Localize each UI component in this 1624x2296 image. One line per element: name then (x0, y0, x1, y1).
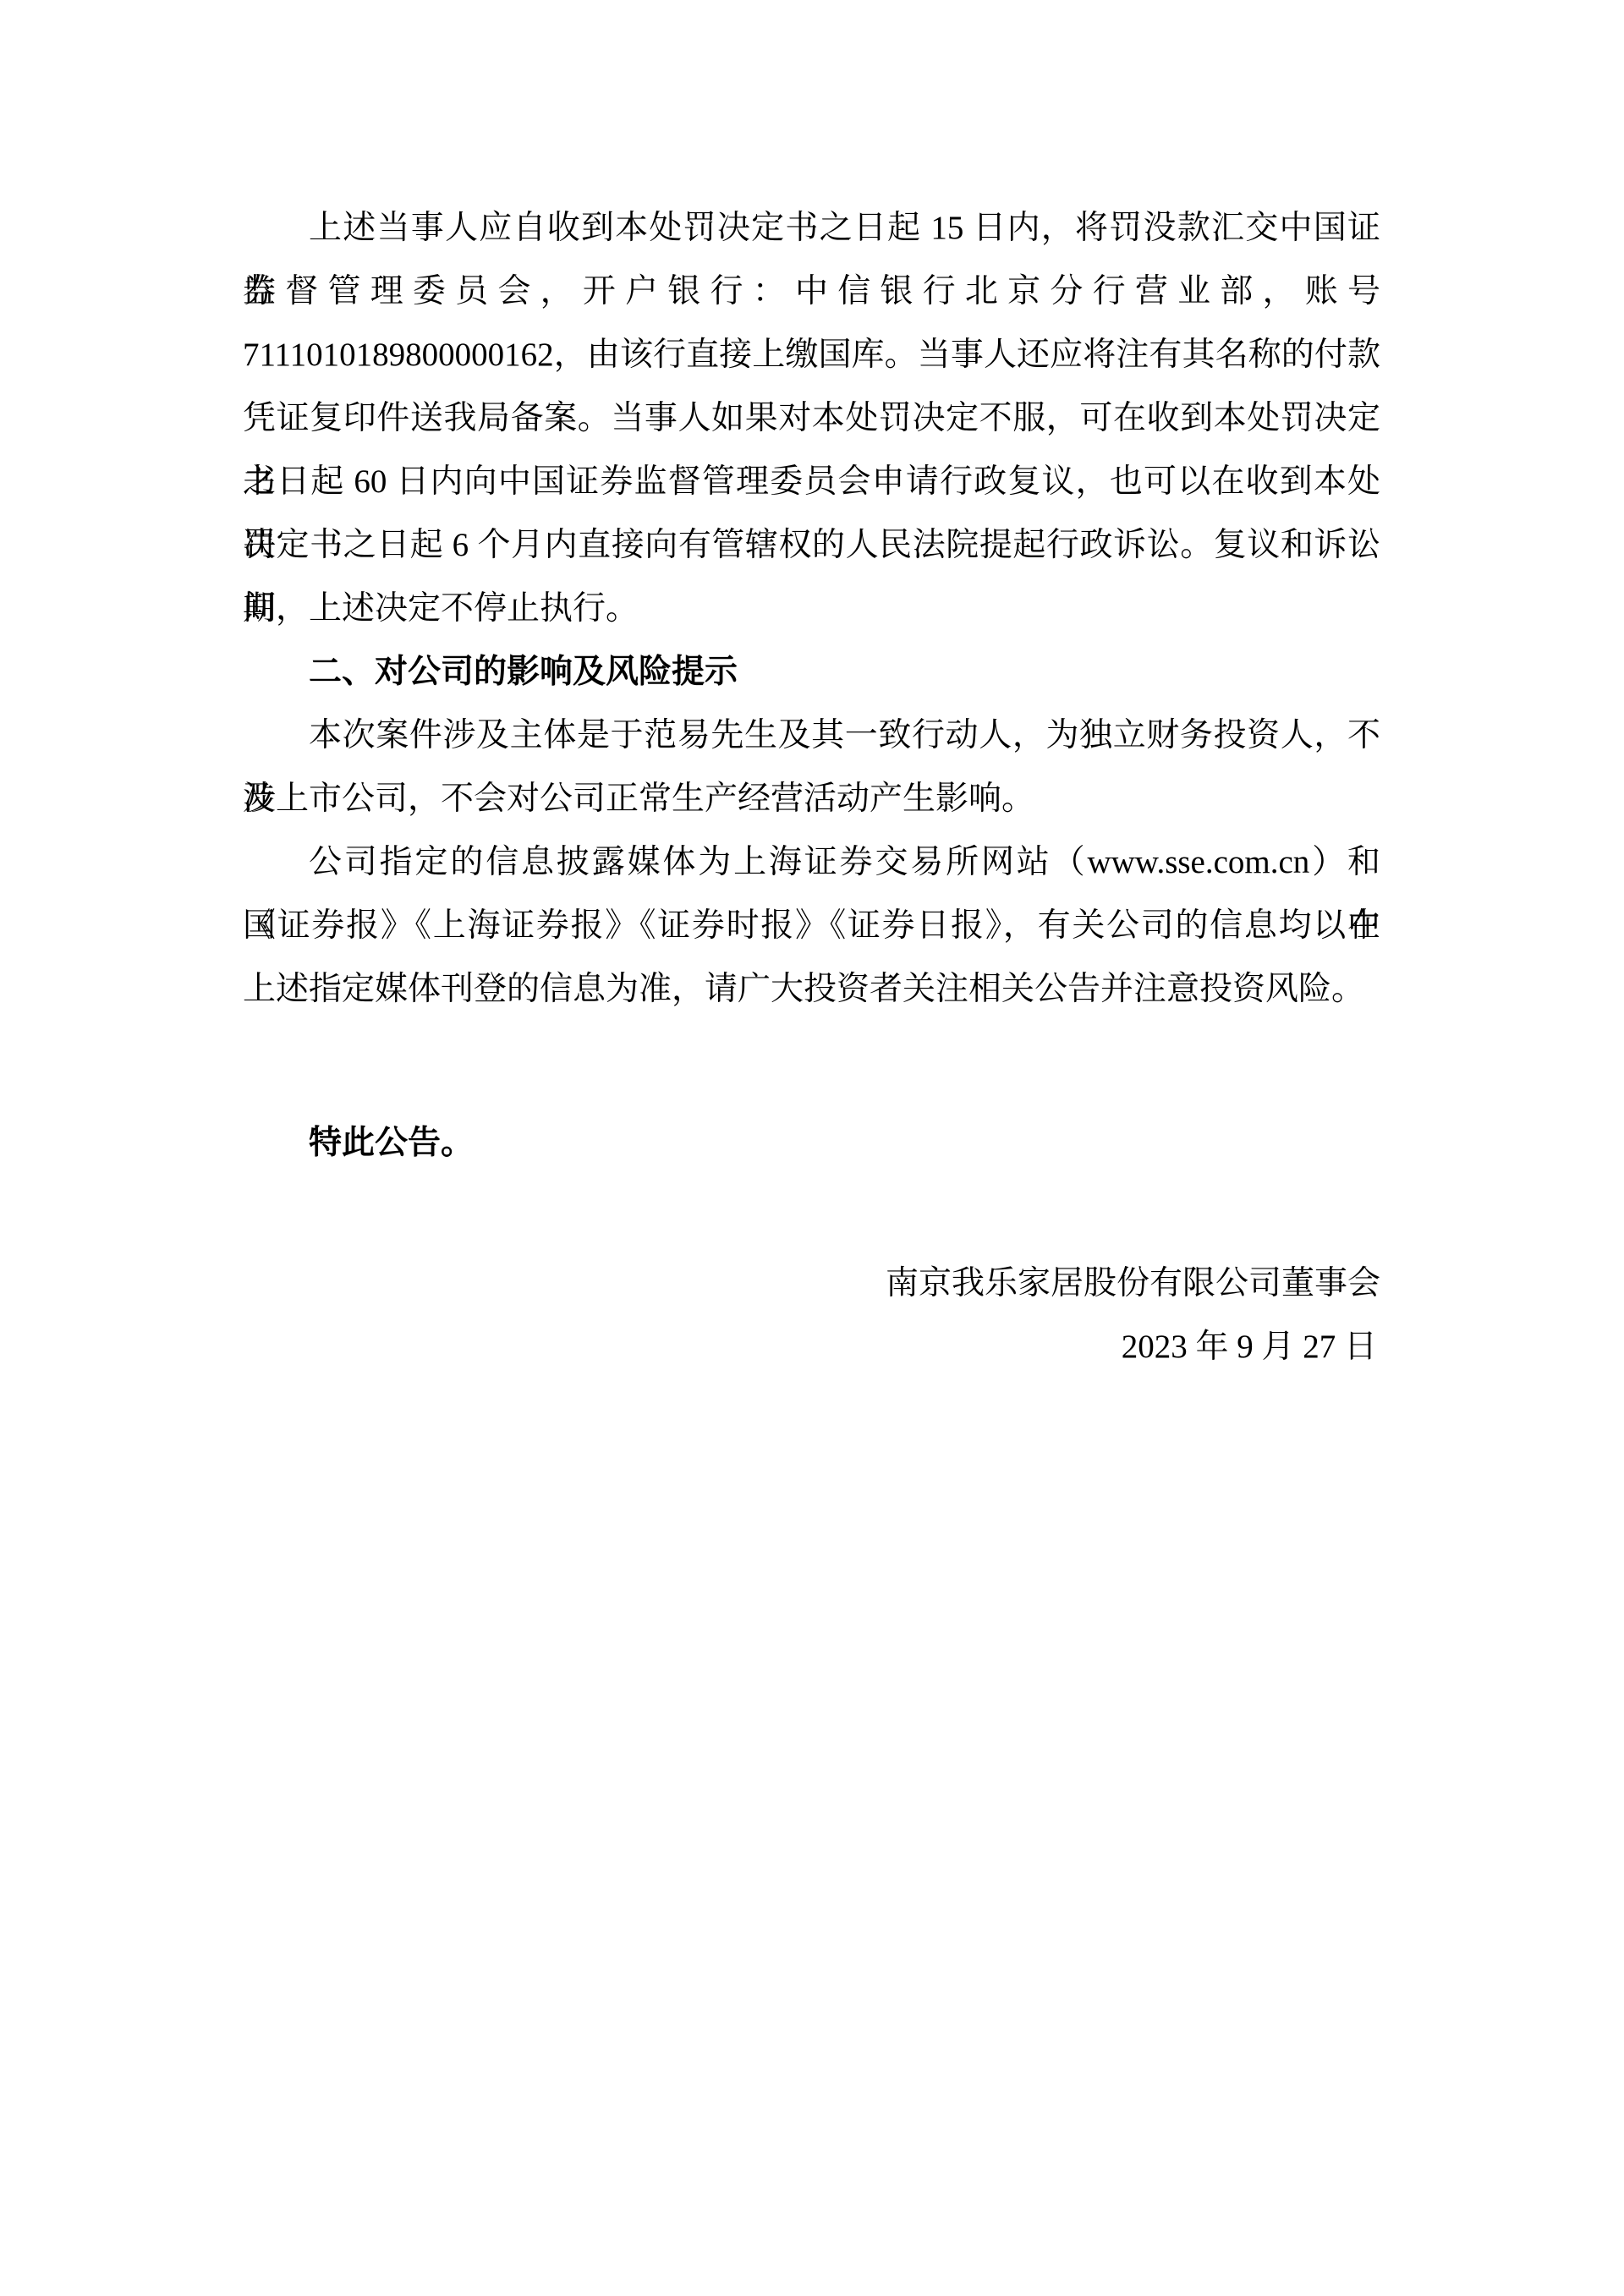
para2-line1: 本次案件涉及主体是于范易先生及其一致行动人，为独立财务投资人，不涉 (243, 704, 1380, 767)
para1-line2: 监督管理委员会，开户银行：中信银行北京分行营业部，账号 (243, 260, 1380, 323)
para1-line6: 决定书之日起 6 个月内直接向有管辖权的人民法院提起行政诉讼。复议和诉讼期 (243, 513, 1380, 577)
para1-line4: 凭证复印件送我局备案。当事人如果对本处罚决定不服，可在收到本处罚决定书 (243, 386, 1380, 450)
announcement-date: 2023 年 9 月 27 日 (243, 1315, 1380, 1378)
para2-line2: 及上市公司，不会对公司正常生产经营活动产生影响。 (243, 767, 1380, 830)
para3-line1: 公司指定的信息披露媒体为上海证券交易所网站（www.sse.com.cn）和《中 (243, 830, 1380, 894)
section-heading: 二、对公司的影响及风险提示 (243, 640, 1380, 704)
document-content: 上述当事人应自收到本处罚决定书之日起 15 日内，将罚没款汇交中国证券 监督管理… (243, 196, 1380, 1378)
para3-line2: 国证券报》《上海证券报》《证券时报》《证券日报》，有关公司的信息均以在 (243, 894, 1380, 957)
board-signature: 南京我乐家居股份有限公司董事会 (243, 1252, 1380, 1315)
closing-statement: 特此公告。 (243, 1111, 1380, 1175)
para1-line5: 之日起 60 日内向中国证券监督管理委员会申请行政复议，也可以在收到本处罚 (243, 450, 1380, 513)
document-page: 上述当事人应自收到本处罚决定书之日起 15 日内，将罚没款汇交中国证券 监督管理… (0, 0, 1624, 2296)
para1-line7: 间，上述决定不停止执行。 (243, 577, 1380, 640)
para3-line3: 上述指定媒体刊登的信息为准，请广大投资者关注相关公告并注意投资风险。 (243, 957, 1380, 1021)
para1-line1: 上述当事人应自收到本处罚决定书之日起 15 日内，将罚没款汇交中国证券 (243, 196, 1380, 260)
para1-line3: 7111010189800000162，由该行直接上缴国库。当事人还应将注有其名… (243, 323, 1380, 386)
